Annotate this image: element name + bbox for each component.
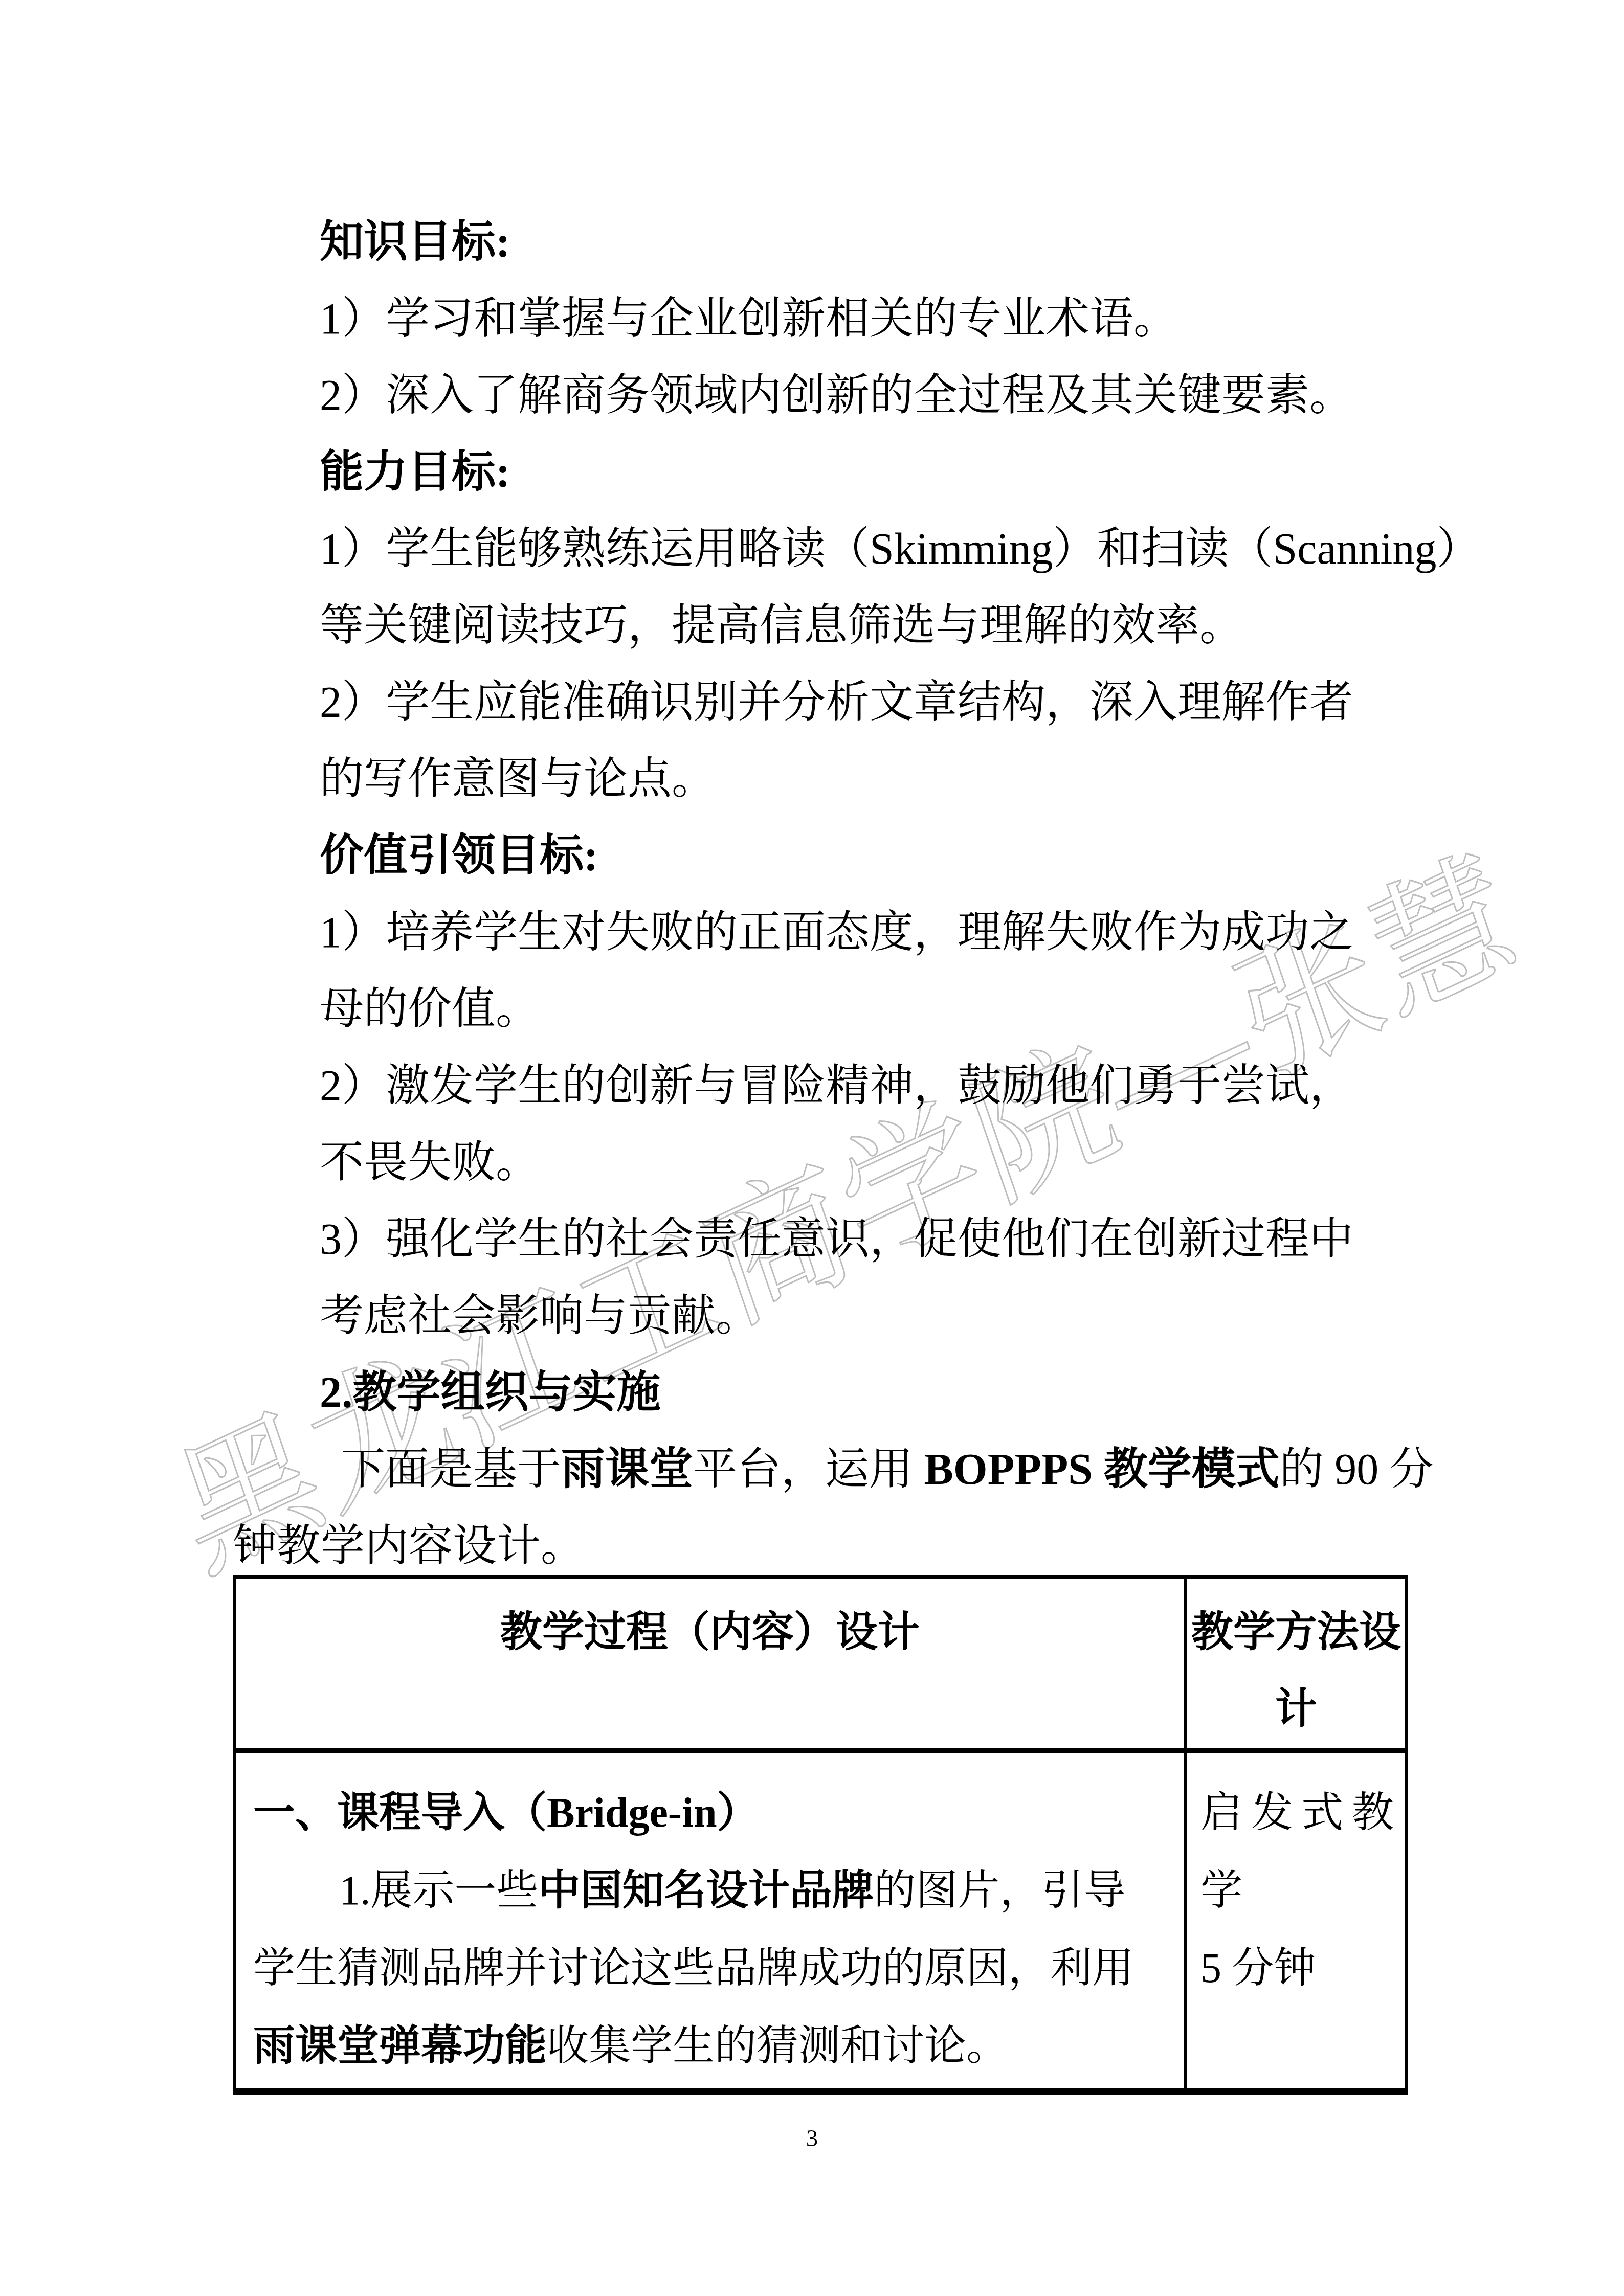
method-cell: 启发式教 学 5 分钟 xyxy=(1186,1751,1407,2091)
text-run: 学生猜测品牌并讨论这些品牌成功的原因，利用 xyxy=(253,1945,1134,1991)
text-run: 2）激发学生的创新与冒险精神，鼓励他们勇于尝试， xyxy=(320,1061,1353,1110)
bold-text-run: 价值引领目标: xyxy=(320,831,598,880)
method-line-1: 启发式教 xyxy=(1200,1774,1394,1852)
text-run: 的图片，引导 xyxy=(874,1867,1126,1914)
document-body: 知识目标: 1）学习和掌握与企业创新相关的专业术语。 2）深入了解商务领域内创新… xyxy=(233,204,1404,1584)
value-objective-item-1: 1）培养学生对失败的正面态度，理解失败作为成功之 xyxy=(233,894,1404,971)
heading-ability-objectives: 能力目标: xyxy=(233,434,1404,510)
method-line-3: 5 分钟 xyxy=(1200,1929,1394,2007)
value-objective-item-3-cont: 考虑社会影响与贡献。 xyxy=(233,1277,1404,1354)
ability-objective-item-2: 2）学生应能准确识别并分析文章结构，深入理解作者 xyxy=(233,664,1404,740)
intro-paragraph-line-1: 下面是基于雨课堂平台，运用 BOPPPS 教学模式的 90 分 xyxy=(233,1431,1404,1507)
value-objective-item-2-cont: 不畏失败。 xyxy=(233,1124,1404,1201)
text-run: 2）学生应能准确识别并分析文章结构，深入理解作者 xyxy=(320,678,1353,727)
section-title-bridge-in: 一、课程导入（Bridge-in） xyxy=(253,1774,1171,1852)
value-objective-item-3: 3）强化学生的社会责任意识，促使他们在创新过程中 xyxy=(233,1201,1404,1277)
bold-text-run: 2.教学组织与实施 xyxy=(320,1368,661,1417)
document-page: 黑龙江工商学院—张慧 知识目标: 1）学习和掌握与企业创新相关的专业术语。 2）… xyxy=(0,0,1624,2296)
text-run: 收集学生的猜测和讨论。 xyxy=(547,2022,1008,2069)
knowledge-objective-item-2: 2）深入了解商务领域内创新的全过程及其关键要素。 xyxy=(233,357,1404,434)
text-run: 1）学习和掌握与企业创新相关的专业术语。 xyxy=(320,294,1177,343)
text-run: 等关键阅读技巧，提高信息筛选与理解的效率。 xyxy=(320,601,1243,650)
ability-objective-item-1: 1）学生能够熟练运用略读（Skimming）和扫读（Scanning） xyxy=(233,510,1404,587)
process-step-line-1: 1.展示一些中国知名设计品牌的图片，引导 xyxy=(253,1852,1171,1929)
text-run: 的 90 分 xyxy=(1280,1445,1434,1494)
text-run: 的写作意图与论点。 xyxy=(320,754,716,803)
bold-text-run: 雨课堂 xyxy=(561,1445,693,1494)
text-run: 不畏失败。 xyxy=(320,1138,540,1187)
table-header-row: 教学过程（内容）设计 教学方法设计 xyxy=(234,1577,1407,1751)
bold-text-run: 知识目标: xyxy=(320,217,510,266)
page-number: 3 xyxy=(0,2125,1624,2152)
text-run: 母的价值。 xyxy=(320,984,540,1033)
bold-text-run: 一、课程导入（Bridge-in） xyxy=(253,1789,759,1836)
text-run: 平台，运用 xyxy=(693,1445,924,1494)
text-run: 3）强化学生的社会责任意识，促使他们在创新过程中 xyxy=(320,1214,1353,1264)
text-run: 下面是基于 xyxy=(341,1445,561,1494)
process-step-line-2: 学生猜测品牌并讨论这些品牌成功的原因，利用 xyxy=(253,1929,1171,2007)
text-run: 1.展示一些 xyxy=(339,1867,539,1914)
method-line-2: 学 xyxy=(1200,1852,1394,1929)
process-column-header: 教学过程（内容）设计 xyxy=(234,1577,1186,1751)
text-run: 2）深入了解商务领域内创新的全过程及其关键要素。 xyxy=(320,371,1353,420)
text-run: 1）学生能够熟练运用略读（Skimming）和扫读（Scanning） xyxy=(320,524,1480,573)
intro-paragraph-line-2: 钟教学内容设计。 xyxy=(233,1507,1404,1584)
heading-value-objectives: 价值引领目标: xyxy=(233,817,1404,894)
process-cell: 一、课程导入（Bridge-in） 1.展示一些中国知名设计品牌的图片，引导 学… xyxy=(234,1751,1186,2091)
knowledge-objective-item-1: 1）学习和掌握与企业创新相关的专业术语。 xyxy=(233,280,1404,357)
value-objective-item-1-cont: 母的价值。 xyxy=(233,971,1404,1047)
ability-objective-item-1-cont: 等关键阅读技巧，提高信息筛选与理解的效率。 xyxy=(233,587,1404,664)
text-run: 钟教学内容设计。 xyxy=(233,1521,585,1570)
bold-text-run: 中国知名设计品牌 xyxy=(539,1867,874,1914)
bold-text-run: 能力目标: xyxy=(320,447,510,497)
value-objective-item-2: 2）激发学生的创新与冒险精神，鼓励他们勇于尝试， xyxy=(233,1047,1404,1124)
bold-text-run: BOPPPS 教学模式 xyxy=(924,1445,1280,1494)
process-step-line-3: 雨课堂弹幕功能收集学生的猜测和讨论。 xyxy=(253,2007,1171,2085)
text-run: 考虑社会影响与贡献。 xyxy=(320,1291,760,1340)
text-run: 1）培养学生对失败的正面态度，理解失败作为成功之 xyxy=(320,908,1353,957)
heading-knowledge-objectives: 知识目标: xyxy=(233,204,1404,280)
bold-text-run: 雨课堂弹幕功能 xyxy=(253,2022,547,2069)
teaching-design-table: 教学过程（内容）设计 教学方法设计 一、课程导入（Bridge-in） 1.展示… xyxy=(233,1575,1408,2095)
method-column-header: 教学方法设计 xyxy=(1186,1577,1407,1751)
table-row-bridge-in: 一、课程导入（Bridge-in） 1.展示一些中国知名设计品牌的图片，引导 学… xyxy=(234,1751,1407,2091)
ability-objective-item-2-cont: 的写作意图与论点。 xyxy=(233,740,1404,817)
heading-teaching-organization: 2.教学组织与实施 xyxy=(233,1354,1404,1431)
